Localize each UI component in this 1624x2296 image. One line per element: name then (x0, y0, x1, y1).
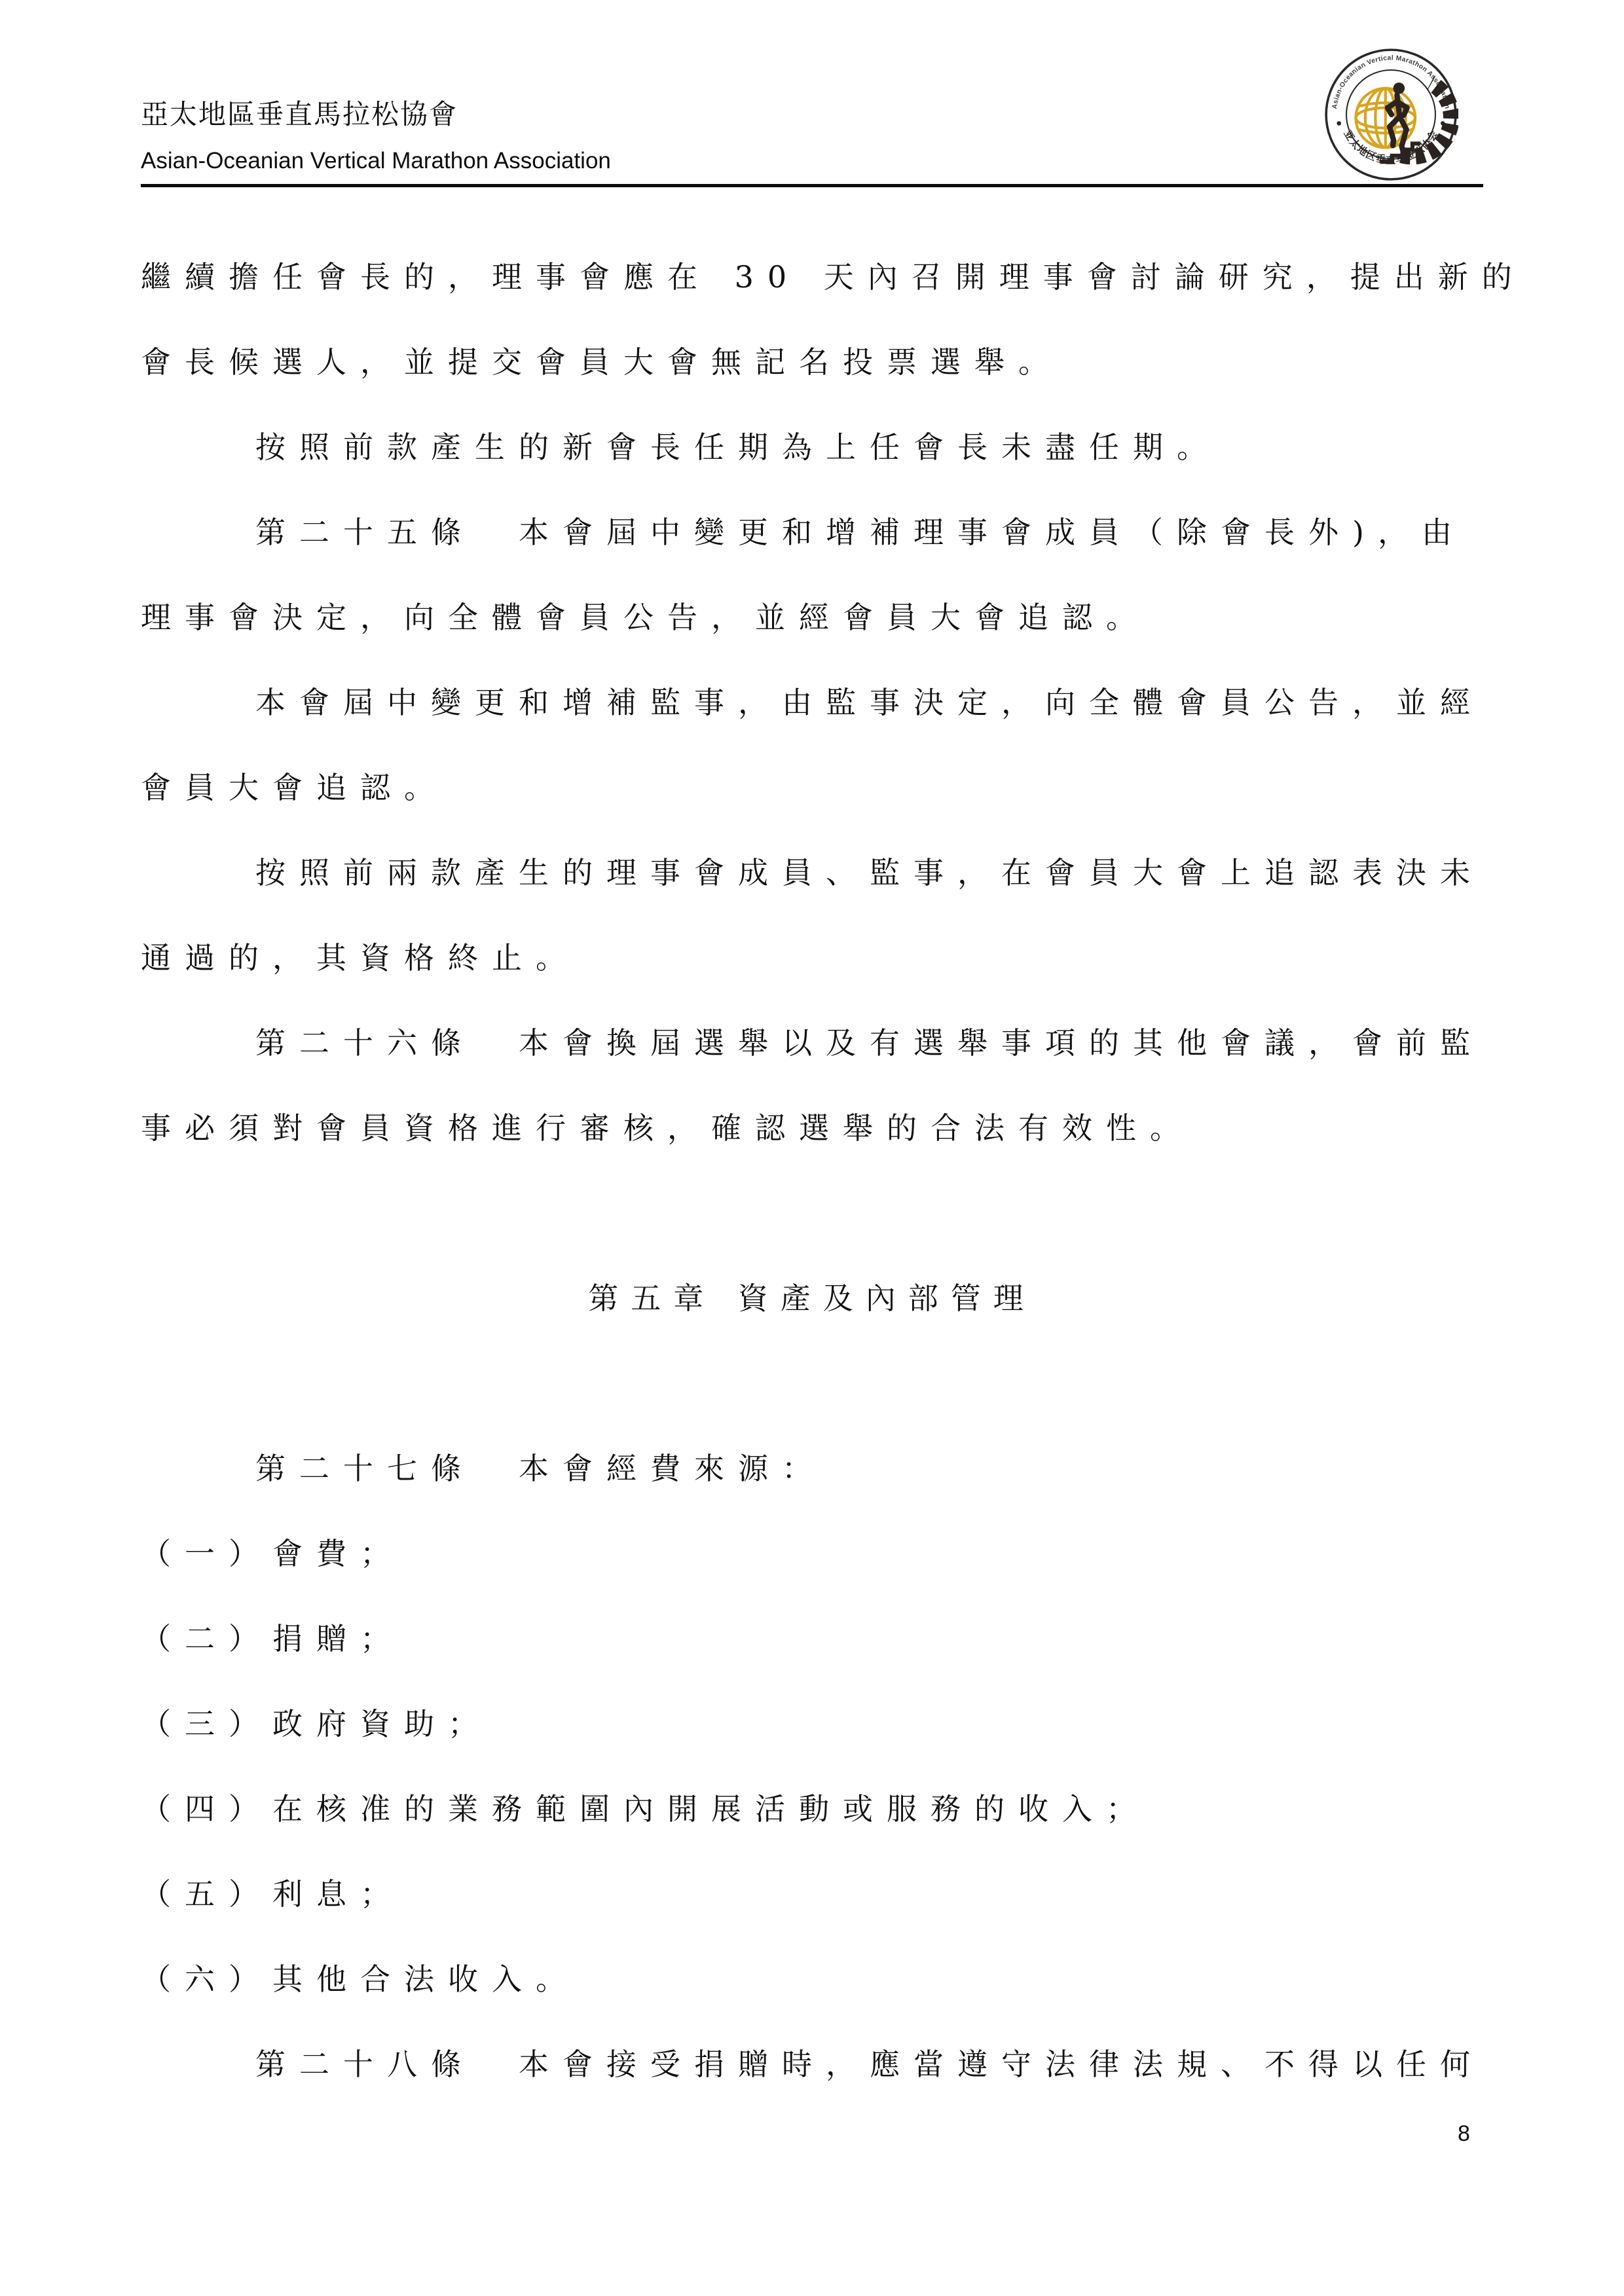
association-logo: Asian-Oceanian Vertical Marathon Associa… (1323, 47, 1458, 182)
list-item: （六）其他合法收入。 (141, 1935, 1483, 2020)
article-27-line: 第二十七條 本會經費來源： (141, 1424, 1483, 1509)
body-line: 本會屆中變更和增補監事，由監事決定，向全體會員公告，並經 (141, 658, 1483, 743)
body-line: 理事會決定，向全體會員公告，並經會員大會追認。 (141, 573, 1483, 658)
list-item: （五）利息； (141, 1850, 1483, 1935)
list-item: （三）政府資助； (141, 1679, 1483, 1764)
logo-separator-dot-left (1337, 121, 1341, 126)
blank-line (141, 1169, 1483, 1254)
body-line: 會員大會追認。 (141, 743, 1483, 828)
org-name-english: Asian-Oceanian Vertical Marathon Associa… (141, 149, 1483, 173)
blank-line (141, 1339, 1483, 1424)
body-line: 繼續擔任會長的，理事會應在 30 天內召開理事會討論研究，提出新的 (141, 232, 1483, 318)
body-line: 按照前款產生的新會長任期為上任會長未盡任期。 (141, 403, 1483, 488)
document-page: 亞太地區垂直馬拉松協會 Asian-Oceanian Vertical Mara… (0, 0, 1624, 2296)
chapter-heading: 第五章 資產及內部管理 (141, 1254, 1483, 1339)
page-number: 8 (1458, 2121, 1470, 2147)
header-divider (141, 184, 1483, 187)
document-body: 繼續擔任會長的，理事會應在 30 天內召開理事會討論研究，提出新的 會長候選人，… (141, 232, 1483, 2105)
body-line: 會長候選人，並提交會員大會無記名投票選舉。 (141, 318, 1483, 403)
article-26-line: 第二十六條 本會換屆選舉以及有選舉事項的其他會議，會前監 (141, 998, 1483, 1084)
association-logo-svg: Asian-Oceanian Vertical Marathon Associa… (1323, 47, 1458, 182)
body-line: 事必須對會員資格進行審核，確認選舉的合法有效性。 (141, 1084, 1483, 1169)
list-item: （四）在核准的業務範圍內開展活動或服務的收入； (141, 1764, 1483, 1850)
page-header: 亞太地區垂直馬拉松協會 Asian-Oceanian Vertical Mara… (141, 100, 1483, 173)
list-item: （二）捐贈； (141, 1594, 1483, 1679)
body-line: 按照前兩款產生的理事會成員、監事，在會員大會上追認表決未 (141, 828, 1483, 913)
body-line: 通過的，其資格終止。 (141, 913, 1483, 998)
article-25-line: 第二十五條 本會屆中變更和增補理事會成員（除會長外)，由 (141, 488, 1483, 573)
list-item: （一）會費； (141, 1509, 1483, 1594)
org-name-chinese: 亞太地區垂直馬拉松協會 (141, 100, 1483, 130)
article-28-line: 第二十八條 本會接受捐贈時，應當遵守法律法規、不得以任何 (141, 2020, 1483, 2105)
